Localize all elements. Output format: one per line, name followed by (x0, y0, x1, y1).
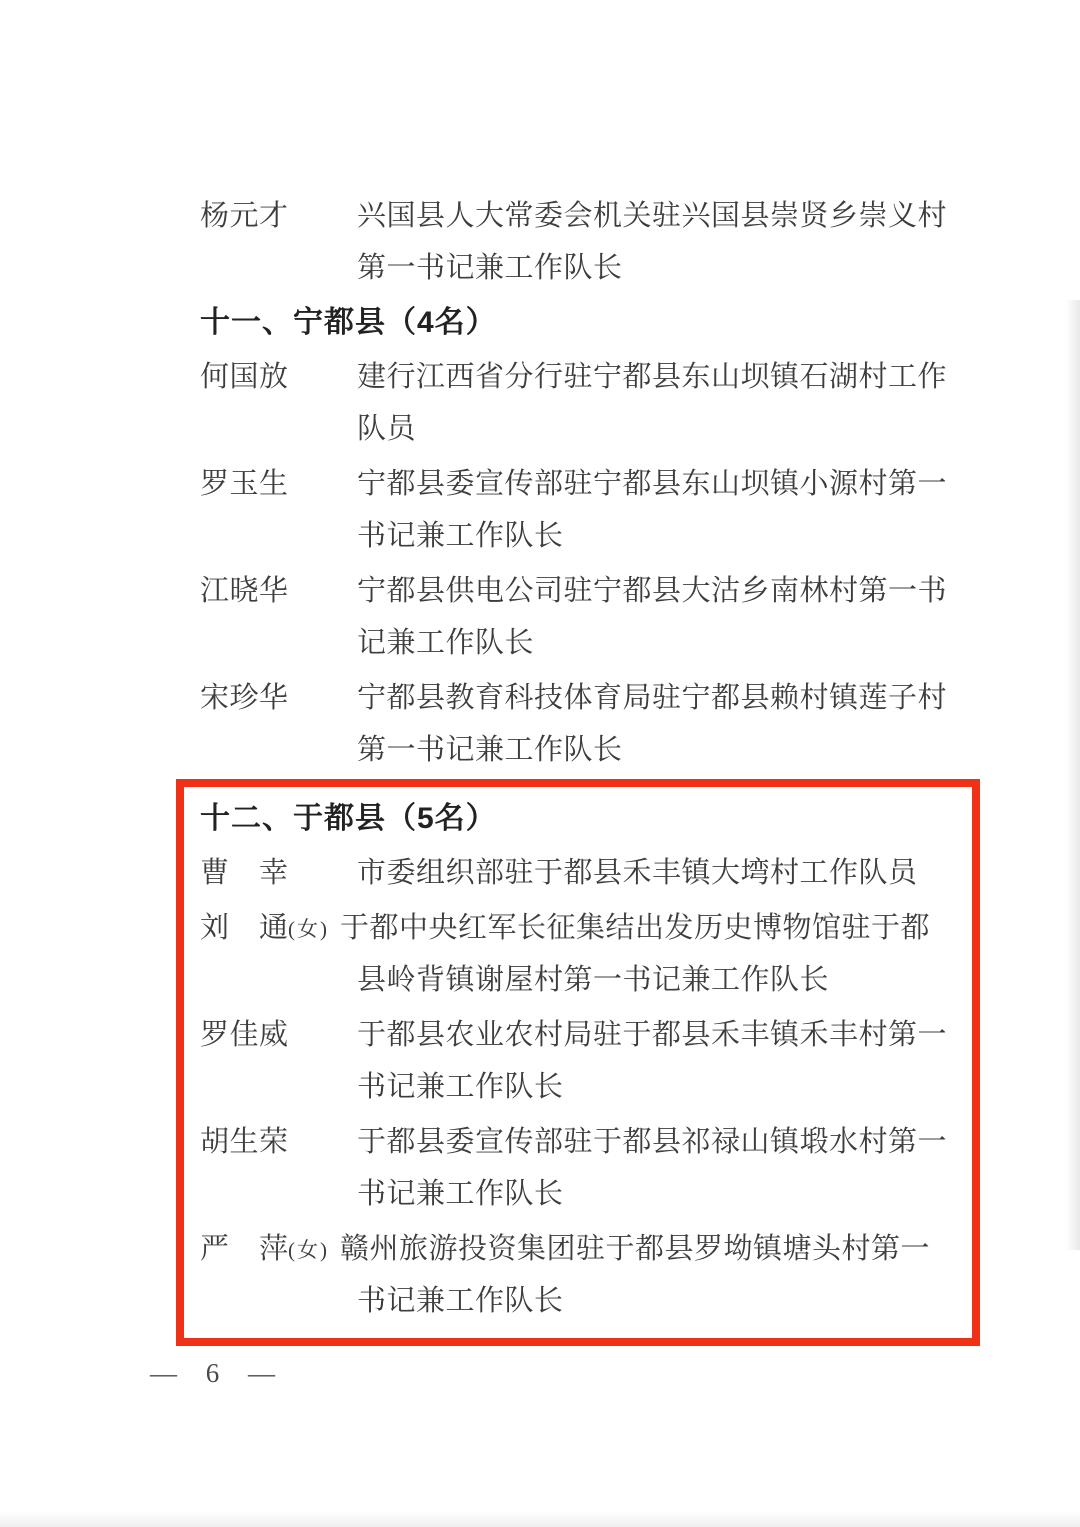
roster-entry: 江晓华 宁都县供电公司驻宁都县大沽乡南林村第一书 记兼工作队长 (200, 565, 940, 669)
person-name: 曹 幸 (200, 847, 288, 899)
position-line: 队员 (357, 403, 940, 455)
roster-entry: 刘 通 (女) 于都中央红军长征集结出发历史博物馆驻于都 县岭背镇谢屋村第一书记… (200, 902, 939, 1006)
page-number: — 6 — (150, 1358, 940, 1388)
position-line: 书记兼工作队长 (357, 510, 940, 562)
position-line: 书记兼工作队长 (357, 1061, 939, 1113)
document-page: 杨元才 兴国县人大常委会机关驻兴国县崇贤乡崇义村 第一书记兼工作队长 十一、宁都… (0, 0, 1080, 1527)
person-name: 江晓华 (200, 565, 288, 617)
person-name: 刘 通 (200, 902, 288, 954)
position-line: 于都县委宣传部驻于都县祁禄山镇塅水村第一 (357, 1116, 939, 1168)
position-desc: 市委组织部驻于都县禾丰镇大塆村工作队员 (357, 847, 939, 899)
person-name: 严 萍 (200, 1223, 288, 1275)
position-desc: 兴国县人大常委会机关驻兴国县崇贤乡崇义村 第一书记兼工作队长 (357, 190, 940, 294)
person-name: 罗玉生 (200, 458, 288, 510)
roster-entry: 曹 幸 市委组织部驻于都县禾丰镇大塆村工作队员 (200, 847, 939, 899)
position-line: 宁都县供电公司驻宁都县大沽乡南林村第一书 (357, 565, 940, 617)
position-line: 宁都县教育科技体育局驻宁都县赖村镇莲子村 (357, 672, 940, 724)
roster-entry: 罗佳威 于都县农业农村局驻于都县禾丰镇禾丰村第一 书记兼工作队长 (200, 1009, 939, 1113)
female-marker: (女) (288, 903, 329, 955)
position-line: 建行江西省分行驻宁都县东山坝镇石湖村工作 (357, 351, 940, 403)
position-desc: 于都中央红军长征集结出发历史博物馆驻于都 县岭背镇谢屋村第一书记兼工作队长 (357, 902, 939, 1006)
page-content: 杨元才 兴国县人大常委会机关驻兴国县崇贤乡崇义村 第一书记兼工作队长 十一、宁都… (0, 0, 1080, 1388)
position-line: 赣州旅游投资集团驻于都县罗坳镇塘头村第一 (340, 1223, 939, 1275)
position-line: 书记兼工作队长 (357, 1275, 939, 1327)
position-line: 第一书记兼工作队长 (357, 724, 940, 776)
position-line: 市委组织部驻于都县禾丰镇大塆村工作队员 (357, 847, 939, 899)
scan-shadow-bottom (0, 1511, 1080, 1527)
person-name: 胡生荣 (200, 1116, 288, 1168)
section-heading-yudu: 十二、于都县（5名） (200, 793, 939, 845)
person-name: 罗佳威 (200, 1009, 288, 1061)
female-marker: (女) (288, 1224, 329, 1276)
roster-entry: 罗玉生 宁都县委宣传部驻宁都县东山坝镇小源村第一 书记兼工作队长 (200, 458, 940, 562)
position-desc: 于都县委宣传部驻于都县祁禄山镇塅水村第一 书记兼工作队长 (357, 1116, 939, 1220)
position-line: 记兼工作队长 (357, 617, 940, 669)
roster-entry: 宋珍华 宁都县教育科技体育局驻宁都县赖村镇莲子村 第一书记兼工作队长 (200, 672, 940, 776)
roster-entry: 何国放 建行江西省分行驻宁都县东山坝镇石湖村工作 队员 (200, 351, 940, 455)
section-heading-ningdu: 十一、宁都县（4名） (200, 297, 940, 349)
highlight-box: 十二、于都县（5名） 曹 幸 市委组织部驻于都县禾丰镇大塆村工作队员 刘 通 (… (176, 779, 980, 1346)
position-line: 宁都县委宣传部驻宁都县东山坝镇小源村第一 (357, 458, 940, 510)
person-name: 杨元才 (200, 190, 288, 242)
position-desc: 建行江西省分行驻宁都县东山坝镇石湖村工作 队员 (357, 351, 940, 455)
roster-entry: 严 萍 (女) 赣州旅游投资集团驻于都县罗坳镇塘头村第一 书记兼工作队长 (200, 1223, 939, 1327)
position-desc: 赣州旅游投资集团驻于都县罗坳镇塘头村第一 书记兼工作队长 (357, 1223, 939, 1327)
position-desc: 宁都县供电公司驻宁都县大沽乡南林村第一书 记兼工作队长 (357, 565, 940, 669)
position-line: 于都县农业农村局驻于都县禾丰镇禾丰村第一 (357, 1009, 939, 1061)
person-name: 何国放 (200, 351, 288, 403)
position-line: 兴国县人大常委会机关驻兴国县崇贤乡崇义村 (357, 190, 940, 242)
position-desc: 宁都县教育科技体育局驻宁都县赖村镇莲子村 第一书记兼工作队长 (357, 672, 940, 776)
roster-entry: 杨元才 兴国县人大常委会机关驻兴国县崇贤乡崇义村 第一书记兼工作队长 (200, 190, 940, 294)
position-line: 于都中央红军长征集结出发历史博物馆驻于都 (340, 902, 939, 954)
position-desc: 宁都县委宣传部驻宁都县东山坝镇小源村第一 书记兼工作队长 (357, 458, 940, 562)
position-line: 书记兼工作队长 (357, 1168, 939, 1220)
position-line: 县岭背镇谢屋村第一书记兼工作队长 (357, 954, 939, 1006)
position-desc: 于都县农业农村局驻于都县禾丰镇禾丰村第一 书记兼工作队长 (357, 1009, 939, 1113)
person-name: 宋珍华 (200, 672, 288, 724)
roster-entry: 胡生荣 于都县委宣传部驻于都县祁禄山镇塅水村第一 书记兼工作队长 (200, 1116, 939, 1220)
position-line: 第一书记兼工作队长 (357, 242, 940, 294)
